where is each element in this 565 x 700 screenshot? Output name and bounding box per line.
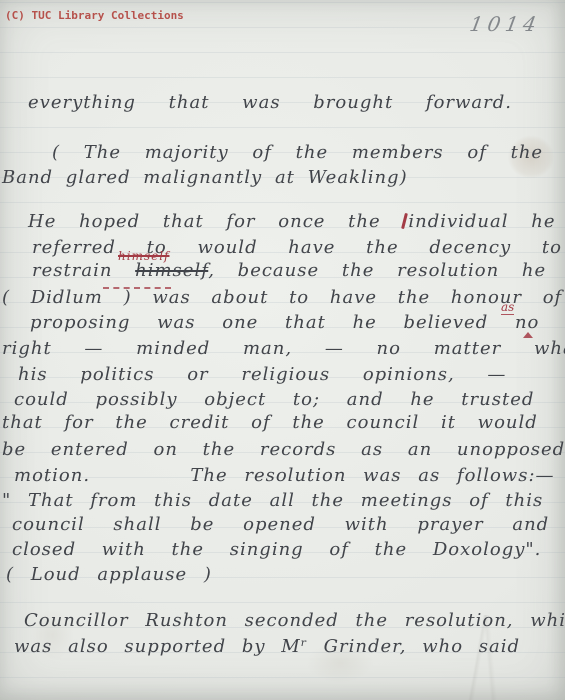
line-text: , because the resolution he bbox=[208, 260, 546, 281]
watermark-text: (C) TUC Library Collections bbox=[5, 9, 184, 22]
manuscript-line: Band glared malignantly at Weakling) bbox=[2, 165, 408, 191]
manuscript-line: " That from this date all the meetings o… bbox=[2, 488, 543, 514]
line-text: council shall be opened with prayer and bbox=[12, 514, 549, 535]
line-text: right — minded man, — no matter what bbox=[2, 338, 565, 359]
red-caret-mark bbox=[523, 332, 533, 338]
manuscript-line: that for the credit of the council it wo… bbox=[2, 410, 538, 436]
line-text: Band glared malignantly at Weakling) bbox=[2, 167, 408, 188]
manuscript-line: council shall be opened with prayer and bbox=[12, 512, 549, 538]
line-text: ( Loud applause ) bbox=[6, 564, 212, 585]
manuscript-line: restrain himself, because the resolution… bbox=[32, 258, 546, 284]
line-text: ( Didlum ) was about to have the honour … bbox=[2, 287, 562, 308]
struck-word-himself: himself bbox=[135, 260, 208, 281]
manuscript-line: everything that was brought forward. bbox=[28, 90, 512, 116]
manuscript-line: be entered on the records as an unoppose… bbox=[2, 437, 565, 463]
line-text: referred to would have the decency to bbox=[32, 237, 562, 258]
red-insertion-word: as bbox=[501, 301, 514, 315]
line-text: restrain bbox=[32, 260, 135, 281]
manuscript-line: ( Didlum ) was about to have the honour … bbox=[2, 285, 562, 311]
manuscript-line: was also supported by Mʳ Grinder, who sa… bbox=[14, 634, 520, 660]
line-text: Councillor Rushton seconded the resoluti… bbox=[24, 610, 565, 631]
manuscript-line: He hoped that for once the individual he bbox=[28, 209, 555, 235]
line-text: could possibly object to; and he trusted bbox=[14, 389, 534, 410]
manuscript-line: proposing was one that he believed no bbox=[30, 310, 539, 336]
line-text: be entered on the records as an unoppose… bbox=[2, 439, 565, 460]
line-text: that for the credit of the council it wo… bbox=[2, 412, 538, 433]
line-text: motion. The resolution was as follows:— bbox=[14, 465, 555, 486]
line-text: proposing was one that he believed no bbox=[30, 312, 539, 333]
red-replacement-word: himself bbox=[118, 249, 169, 263]
manuscript-line: his politics or religious opinions, — bbox=[18, 362, 506, 388]
page-number: 1014 bbox=[468, 12, 543, 36]
line-text: " That from this date all the meetings o… bbox=[2, 490, 543, 511]
line-text: was also supported by Mʳ Grinder, who sa… bbox=[14, 636, 520, 657]
manuscript-page: (C) TUC Library Collections 1014 everyth… bbox=[0, 0, 565, 700]
line-text: ( The majority of the members of the bbox=[52, 142, 543, 163]
manuscript-line: ( Loud applause ) bbox=[6, 562, 212, 588]
manuscript-line: closed with the singing of the Doxology"… bbox=[12, 537, 541, 563]
manuscript-line: ( The majority of the members of the bbox=[52, 140, 543, 166]
manuscript-line: Councillor Rushton seconded the resoluti… bbox=[24, 608, 565, 634]
line-text: closed with the singing of the Doxology"… bbox=[12, 539, 541, 560]
line-text: individual he bbox=[408, 211, 555, 232]
line-text: He hoped that for once the bbox=[28, 211, 403, 232]
manuscript-line: motion. The resolution was as follows:— bbox=[14, 463, 555, 489]
line-text: everything that was brought forward. bbox=[28, 92, 512, 113]
line-text: his politics or religious opinions, — bbox=[18, 364, 506, 385]
manuscript-line: right — minded man, — no matter what bbox=[2, 336, 565, 362]
red-dashed-underline bbox=[103, 287, 171, 289]
